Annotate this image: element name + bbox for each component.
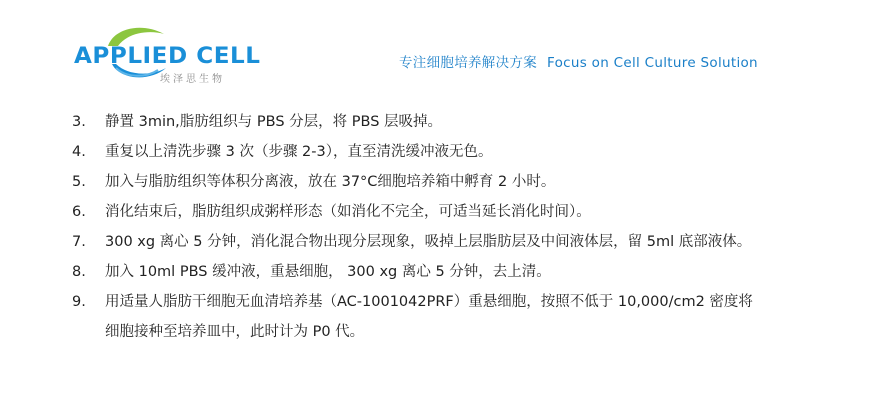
step-item: 5. 加入与脂肪组织等体积分离液，放在 37°C细胞培养箱中孵育 2 小时。 [72, 172, 832, 192]
tagline: 专注细胞培养解决方案Focus on Cell Culture Solution [399, 51, 758, 71]
step-text: 静置 3min,脂肪组织与 PBS 分层，将 PBS 层吸掉。 [105, 114, 442, 130]
step-text-continuation: 细胞接种至培养皿中，此时计为 P0 代。 [105, 312, 832, 342]
step-number: 9. [72, 292, 86, 312]
step-item: 8. 加入 10ml PBS 缓冲液，重悬细胞， 300 xg 离心 5 分钟，… [72, 262, 832, 282]
tagline-en: Focus on Cell Culture Solution [547, 55, 758, 71]
step-item: 7. 300 xg 离心 5 分钟，消化混合物出现分层现象，吸掉上层脂肪层及中间… [72, 232, 832, 252]
step-number: 7. [72, 232, 86, 252]
step-text: 加入 10ml PBS 缓冲液，重悬细胞， 300 xg 离心 5 分钟，去上清… [105, 264, 551, 280]
logo-subtitle: 埃泽思生物 [160, 70, 225, 85]
step-number: 4. [72, 142, 86, 162]
step-number: 5. [72, 172, 86, 192]
logo-brand-text: APPLIED CELL [74, 44, 261, 69]
applied-cell-logo: APPLIED CELL 埃泽思生物 [72, 24, 237, 84]
protocol-steps-list: 3. 静置 3min,脂肪组织与 PBS 分层，将 PBS 层吸掉。 4. 重复… [72, 112, 832, 352]
step-text: 加入与脂肪组织等体积分离液，放在 37°C细胞培养箱中孵育 2 小时。 [105, 174, 555, 190]
step-number: 3. [72, 112, 86, 132]
step-item: 4. 重复以上清洗步骤 3 次（步骤 2-3），直至清洗缓冲液无色。 [72, 142, 832, 162]
step-item: 3. 静置 3min,脂肪组织与 PBS 分层，将 PBS 层吸掉。 [72, 112, 832, 132]
step-text: 重复以上清洗步骤 3 次（步骤 2-3），直至清洗缓冲液无色。 [105, 144, 492, 160]
tagline-cn: 专注细胞培养解决方案 [399, 55, 537, 71]
page-header: APPLIED CELL 埃泽思生物 专注细胞培养解决方案Focus on Ce… [0, 0, 872, 95]
step-number: 8. [72, 262, 86, 282]
step-text: 用适量人脂肪干细胞无血清培养基（AC-1001042PRF）重悬细胞，按照不低于… [105, 294, 753, 310]
step-item: 6. 消化结束后，脂肪组织成粥样形态（如消化不完全，可适当延长消化时间）。 [72, 202, 832, 222]
step-text: 消化结束后，脂肪组织成粥样形态（如消化不完全，可适当延长消化时间）。 [105, 204, 591, 220]
step-number: 6. [72, 202, 86, 222]
step-text: 300 xg 离心 5 分钟，消化混合物出现分层现象，吸掉上层脂肪层及中间液体层… [105, 234, 751, 250]
step-item: 9. 用适量人脂肪干细胞无血清培养基（AC-1001042PRF）重悬细胞，按照… [72, 292, 832, 342]
